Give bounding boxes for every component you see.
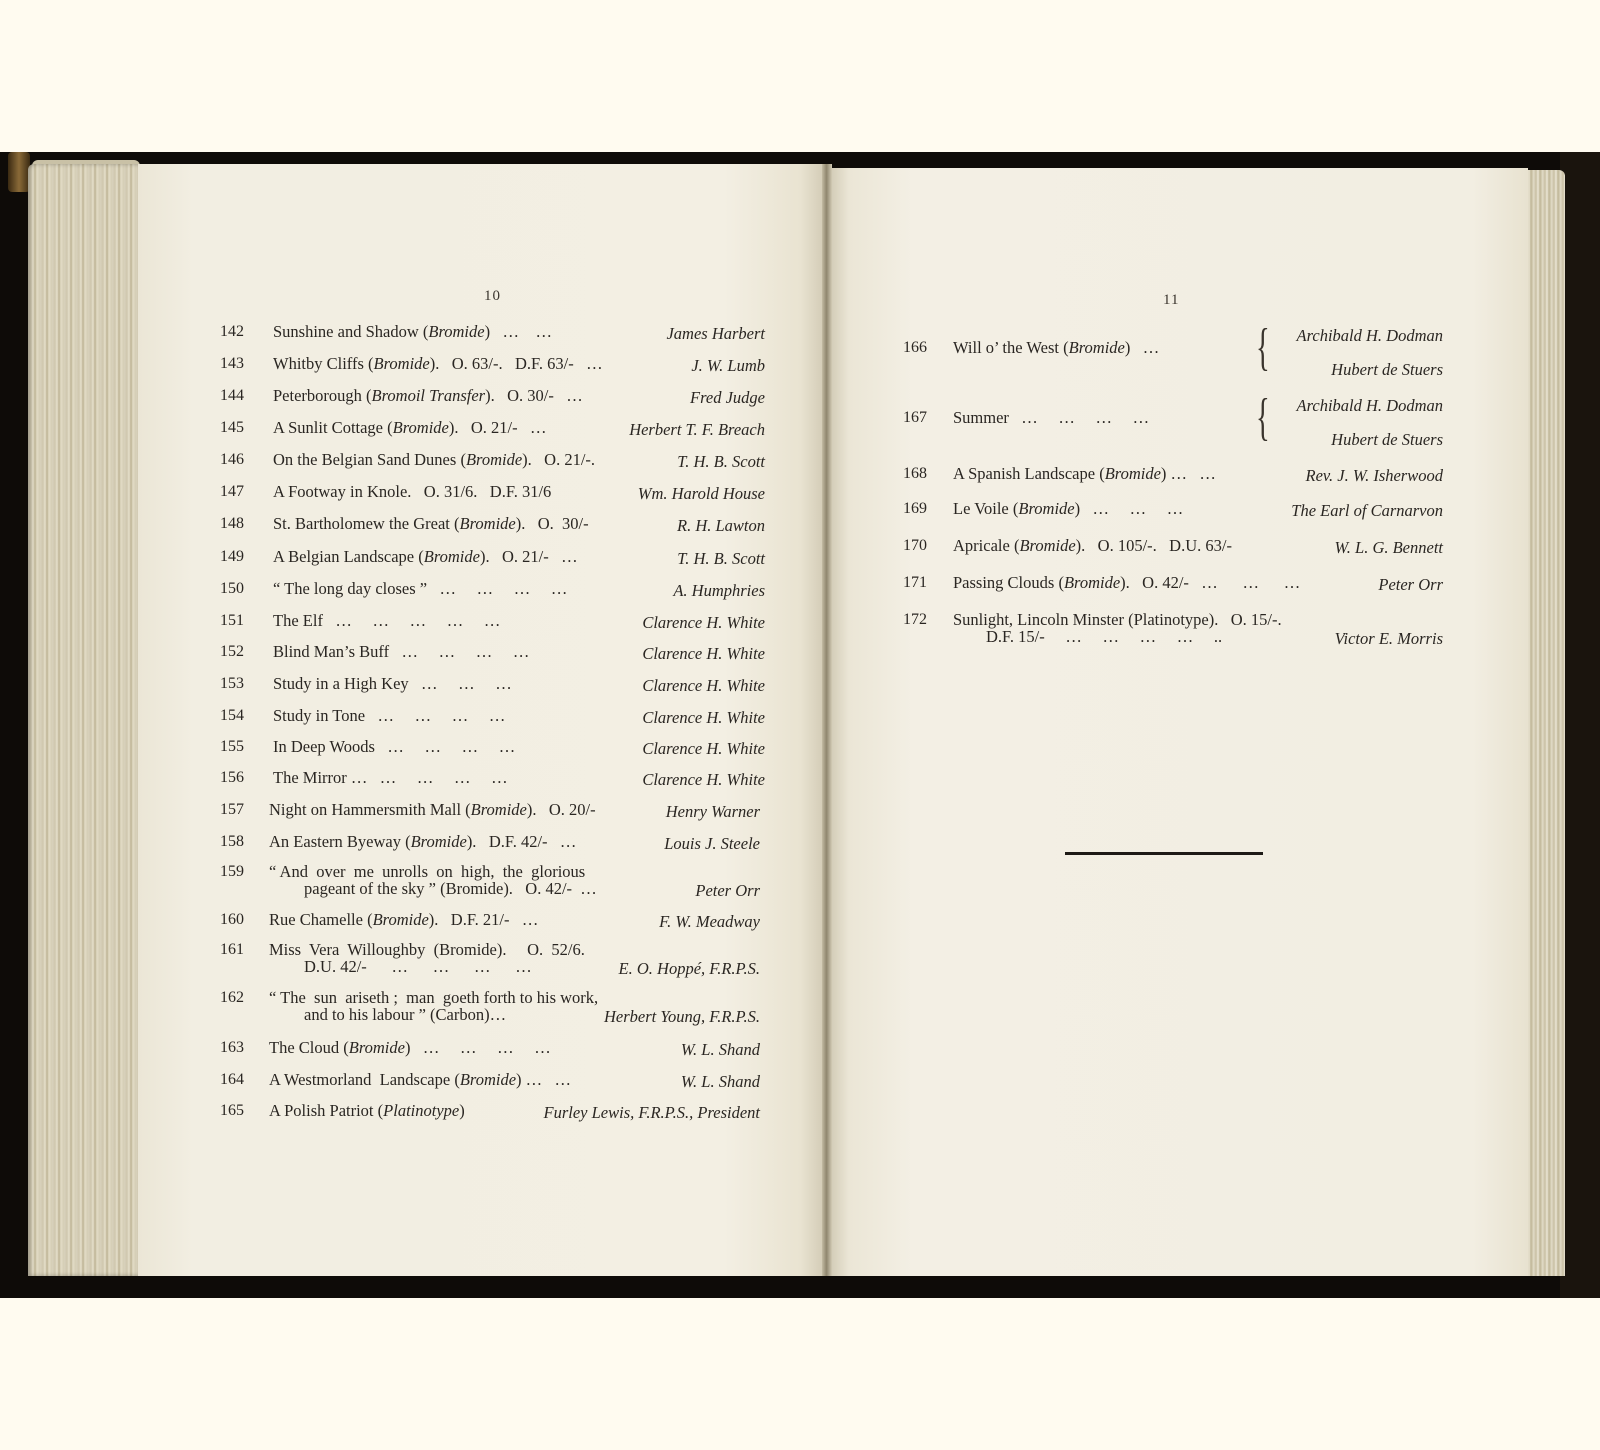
process-label: Bromoil Transfer — [372, 386, 486, 405]
entry-title: Night on Hammersmith Mall (Bromide). O. … — [269, 800, 596, 819]
end-rule-divider — [1065, 852, 1263, 855]
artist-name: Clarence H. White — [642, 708, 765, 727]
catalogue-entry: 160Rue Chamelle (Bromide). D.F. 21/- …F.… — [220, 910, 765, 932]
artist-name: Peter Orr — [1378, 575, 1443, 594]
entry-number: 170 — [903, 536, 927, 555]
artist-name: Hubert de Stuers — [1331, 430, 1443, 449]
entry-number: 169 — [903, 499, 927, 518]
artist-name: Clarence H. White — [642, 739, 765, 758]
artist-name: Archibald H. Dodman — [1296, 396, 1443, 415]
entry-title: A Sunlit Cottage (Bromide). O. 21/- … — [273, 418, 546, 437]
artist-name: Herbert Young, F.R.P.S. — [604, 1007, 760, 1026]
process-label: Bromide — [411, 832, 467, 851]
catalogue-entry: 157Night on Hammersmith Mall (Bromide). … — [220, 800, 765, 822]
entry-number: 163 — [220, 1038, 244, 1057]
artist-name: Victor E. Morris — [1335, 629, 1443, 648]
catalogue-entry: 148St. Bartholomew the Great (Bromide). … — [220, 514, 765, 536]
entry-number: 150 — [220, 579, 244, 598]
catalogue-entry: 165A Polish Patriot (Platinotype)Furley … — [220, 1101, 765, 1123]
catalogue-entry: 142Sunshine and Shadow (Bromide) … …Jame… — [220, 322, 765, 344]
curly-brace: { — [1256, 322, 1270, 374]
catalogue-entry: 169Le Voile (Bromide) … … …The Earl of C… — [903, 499, 1443, 521]
process-label: Bromide — [460, 1070, 516, 1089]
entry-continuation: D.F. 15/- … … … … .. — [986, 627, 1222, 646]
artist-name: F. W. Meadway — [659, 912, 760, 931]
catalogue-entry: 159“ And over me unrolls on high, the gl… — [220, 862, 765, 902]
artist-name: W. L. Shand — [681, 1040, 760, 1059]
entry-title: A Footway in Knole. O. 31/6. D.F. 31/6 — [273, 482, 551, 501]
process-label: Bromide — [428, 322, 484, 341]
catalogue-entry: 164A Westmorland Landscape (Bromide) … …… — [220, 1070, 765, 1092]
entry-number: 161 — [220, 940, 244, 959]
entry-number: 158 — [220, 832, 244, 851]
catalogue-entry: 152Blind Man’s Buff … … … …Clarence H. W… — [220, 642, 765, 664]
entry-title: A Polish Patriot (Platinotype) — [269, 1101, 465, 1120]
entry-number: 143 — [220, 354, 244, 373]
entry-title: Sunshine and Shadow (Bromide) … … — [273, 322, 552, 341]
entry-number: 146 — [220, 450, 244, 469]
entry-number: 171 — [903, 573, 927, 592]
entry-number: 145 — [220, 418, 244, 437]
entry-title: Le Voile (Bromide) … … … — [953, 499, 1183, 518]
entry-number: 165 — [220, 1101, 244, 1120]
artist-name: Clarence H. White — [642, 676, 765, 695]
artist-name: R. H. Lawton — [677, 516, 765, 535]
entry-number: 152 — [220, 642, 244, 661]
entry-title: A Westmorland Landscape (Bromide) … … — [269, 1070, 571, 1089]
artist-name: Herbert T. F. Breach — [629, 420, 765, 439]
entry-title: The Elf … … … … … — [273, 611, 500, 630]
entry-title: Rue Chamelle (Bromide). D.F. 21/- … — [269, 910, 538, 929]
artist-name: Peter Orr — [695, 881, 760, 900]
catalogue-entry: 171Passing Clouds (Bromide). O. 42/- … …… — [903, 573, 1443, 595]
artist-name: T. H. B. Scott — [677, 549, 765, 568]
entry-title: Blind Man’s Buff … … … … — [273, 642, 529, 661]
entry-number: 155 — [220, 737, 244, 756]
entry-continuation: pageant of the sky ” (Bromide). O. 42/- … — [304, 879, 597, 898]
entry-title: In Deep Woods … … … … — [273, 737, 515, 756]
catalogue-entry: 149A Belgian Landscape (Bromide). O. 21/… — [220, 547, 765, 569]
entry-title: “ The long day closes ” … … … … — [273, 579, 567, 598]
catalogue-entry: 170Apricale (Bromide). O. 105/-. D.U. 63… — [903, 536, 1443, 558]
entry-title: An Eastern Byeway (Bromide). D.F. 42/- … — [269, 832, 576, 851]
process-label: Bromide — [1105, 464, 1161, 483]
book-gutter — [822, 164, 832, 1276]
entry-continuation: D.U. 42/- … … … … — [304, 957, 532, 976]
entry-number: 151 — [220, 611, 244, 630]
catalogue-entry: 144Peterborough (Bromoil Transfer). O. 3… — [220, 386, 765, 408]
entry-number: 157 — [220, 800, 244, 819]
entry-title: The Mirror … … … … … — [273, 768, 508, 787]
process-label: Bromide — [460, 514, 516, 533]
right-page-stack — [1525, 170, 1565, 1276]
catalogue-entry: 146On the Belgian Sand Dunes (Bromide). … — [220, 450, 765, 472]
page-number-right: 11 — [1163, 292, 1179, 309]
process-label: Bromide — [466, 450, 522, 469]
entry-title: Study in a High Key … … … — [273, 674, 512, 693]
artist-name: Clarence H. White — [642, 644, 765, 663]
entry-title: Peterborough (Bromoil Transfer). O. 30/-… — [273, 386, 583, 405]
catalogue-entry: 168A Spanish Landscape (Bromide) … …Rev.… — [903, 464, 1443, 486]
catalogue-entry: 147A Footway in Knole. O. 31/6. D.F. 31/… — [220, 482, 765, 504]
entry-title: A Spanish Landscape (Bromide) … … — [953, 464, 1216, 483]
entry-title: Will o’ the West (Bromide) … — [953, 338, 1159, 357]
entry-title: Study in Tone … … … … — [273, 706, 505, 725]
entry-title: The Cloud (Bromide) … … … … — [269, 1038, 551, 1057]
curly-brace: { — [1256, 392, 1270, 444]
entry-title: St. Bartholomew the Great (Bromide). O. … — [273, 514, 589, 533]
process-label: Bromide — [349, 1038, 405, 1057]
process-label: Bromide — [373, 910, 429, 929]
artist-name: Rev. J. W. Isherwood — [1306, 466, 1443, 485]
catalogue-entry: 172Sunlight, Lincoln Minster (Platinotyp… — [903, 610, 1443, 650]
catalogue-entry: 154Study in Tone … … … …Clarence H. Whit… — [220, 706, 765, 728]
process-label: Bromide — [471, 800, 527, 819]
artist-name: Clarence H. White — [642, 613, 765, 632]
entry-number: 144 — [220, 386, 244, 405]
book-cover-edge — [1560, 152, 1600, 1298]
process-label: Bromide — [424, 547, 480, 566]
entry-continuation: and to his labour ” (Carbon)… — [304, 1005, 506, 1024]
entry-number: 172 — [903, 610, 927, 629]
entry-number: 166 — [903, 338, 927, 357]
process-label: Bromide — [1064, 573, 1120, 592]
artist-name: Louis J. Steele — [664, 834, 760, 853]
artist-name: Furley Lewis, F.R.P.S., President — [544, 1103, 760, 1122]
artist-name: Archibald H. Dodman — [1296, 326, 1443, 345]
catalogue-entry: 143Whitby Cliffs (Bromide). O. 63/-. D.F… — [220, 354, 765, 376]
entry-number: 148 — [220, 514, 244, 533]
entry-number: 164 — [220, 1070, 244, 1089]
process-label: Bromide — [1018, 499, 1074, 518]
page-number-left: 10 — [484, 288, 501, 305]
catalogue-entry: 150“ The long day closes ” … … … …A. Hum… — [220, 579, 765, 601]
entry-title: On the Belgian Sand Dunes (Bromide). O. … — [273, 450, 595, 469]
catalogue-entry: 163The Cloud (Bromide) … … … …W. L. Shan… — [220, 1038, 765, 1060]
artist-name: Fred Judge — [690, 388, 765, 407]
entry-number: 147 — [220, 482, 244, 501]
entry-number: 162 — [220, 988, 244, 1007]
entry-number: 168 — [903, 464, 927, 483]
artist-name: A. Humphries — [673, 581, 765, 600]
artist-name: T. H. B. Scott — [677, 452, 765, 471]
catalogue-entry: 155In Deep Woods … … … …Clarence H. Whit… — [220, 737, 765, 759]
catalogue-entry: 158An Eastern Byeway (Bromide). D.F. 42/… — [220, 832, 765, 854]
entry-number: 153 — [220, 674, 244, 693]
entry-number: 154 — [220, 706, 244, 725]
entry-number: 160 — [220, 910, 244, 929]
artist-name: Hubert de Stuers — [1331, 360, 1443, 379]
artist-name: Henry Warner — [666, 802, 760, 821]
artist-name: E. O. Hoppé, F.R.P.S. — [619, 959, 760, 978]
process-label: Bromide — [1019, 536, 1075, 555]
catalogue-entry: 156The Mirror … … … … …Clarence H. White — [220, 768, 765, 790]
entry-number: 167 — [903, 408, 927, 427]
process-label: Bromide — [1069, 338, 1125, 357]
entry-title: Passing Clouds (Bromide). O. 42/- … … … — [953, 573, 1300, 592]
entry-title: Summer … … … … — [953, 408, 1149, 427]
artist-name: Clarence H. White — [642, 770, 765, 789]
left-page-stack — [28, 164, 140, 1276]
artist-name: Wm. Harold House — [638, 484, 765, 503]
artist-name: W. L. G. Bennett — [1335, 538, 1443, 557]
artist-name: J. W. Lumb — [691, 356, 765, 375]
process-label: Bromide — [374, 354, 430, 373]
catalogue-entry: 162“ The sun ariseth ; man goeth forth t… — [220, 988, 765, 1028]
entry-title: Apricale (Bromide). O. 105/-. D.U. 63/- — [953, 536, 1232, 555]
entry-title: A Belgian Landscape (Bromide). O. 21/- … — [273, 547, 578, 566]
catalogue-entry: 161Miss Vera Willoughby (Bromide). O. 52… — [220, 940, 765, 980]
catalogue-entry: 145A Sunlit Cottage (Bromide). O. 21/- …… — [220, 418, 765, 440]
artist-name: The Earl of Carnarvon — [1291, 501, 1443, 520]
catalogue-entry: 153Study in a High Key … … …Clarence H. … — [220, 674, 765, 696]
catalogue-entry: 151The Elf … … … … …Clarence H. White — [220, 611, 765, 633]
process-label: Platinotype — [383, 1101, 459, 1120]
entry-number: 142 — [220, 322, 244, 341]
entry-number: 156 — [220, 768, 244, 787]
bookmark-cord — [8, 152, 30, 192]
process-label: Bromide — [393, 418, 449, 437]
artist-name: James Harbert — [666, 324, 765, 343]
entry-number: 149 — [220, 547, 244, 566]
entry-number: 159 — [220, 862, 244, 881]
entry-title: Whitby Cliffs (Bromide). O. 63/-. D.F. 6… — [273, 354, 603, 373]
artist-name: W. L. Shand — [681, 1072, 760, 1091]
